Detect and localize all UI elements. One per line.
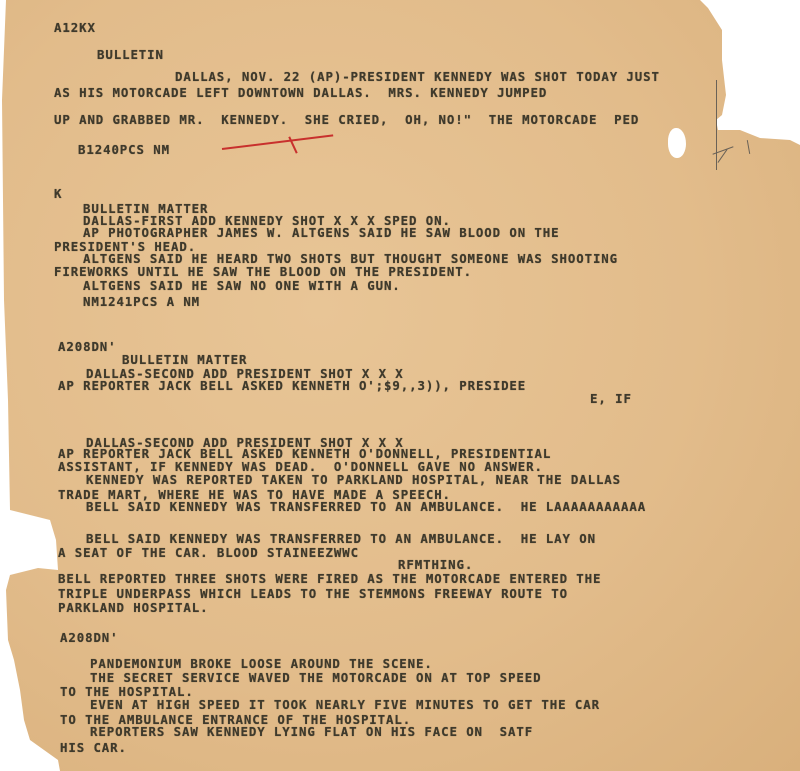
text-line: AP REPORTER JACK BELL ASKED KENNETH O';$… [58, 378, 526, 393]
text-line: FIREWORKS UNTIL HE SAW THE BLOOD ON THE … [54, 264, 472, 279]
text-line: K [54, 186, 62, 201]
torn-hole [668, 128, 686, 158]
slug-line: A208DN' [58, 339, 117, 354]
text-line: BELL SAID KENNEDY WAS TRANSFERRED TO AN … [86, 531, 596, 546]
text-line: A SEAT OF THE CAR. BLOOD STAINEEZWWC [58, 545, 359, 560]
text-line: PARKLAND HOSPITAL. [58, 600, 208, 615]
signoff-line: B1240PCS NM [78, 142, 170, 157]
signoff-line: NM1241PCS A NM [83, 294, 200, 309]
slug-line: A208DN' [60, 630, 119, 645]
slug-line: A12KX [54, 20, 96, 35]
bulletin-heading: BULLETIN MATTER [122, 352, 247, 367]
text-line: E, IF [590, 391, 632, 406]
text-line: RFMTHING. [398, 557, 473, 572]
bulletin-heading: BULLETIN [97, 47, 164, 62]
text-line: AP PHOTOGRAPHER JAMES W. ALTGENS SAID HE… [83, 225, 560, 240]
pencil-mark [716, 80, 717, 170]
text-line: KENNEDY WAS REPORTED TAKEN TO PARKLAND H… [86, 472, 621, 487]
text-line: HIS CAR. [60, 740, 127, 755]
text-line: EVEN AT HIGH SPEED IT TOOK NEARLY FIVE M… [90, 697, 600, 712]
text-line: ALTGENS SAID HE SAW NO ONE WITH A GUN. [83, 278, 401, 293]
text-line: REPORTERS SAW KENNEDY LYING FLAT ON HIS … [90, 724, 533, 739]
text-line: TRIPLE UNDERPASS WHICH LEADS TO THE STEM… [58, 586, 568, 601]
text-line: THE SECRET SERVICE WAVED THE MOTORCADE O… [90, 670, 541, 685]
text-line: BELL SAID KENNEDY WAS TRANSFERRED TO AN … [86, 499, 646, 514]
text-line: PANDEMONIUM BROKE LOOSE AROUND THE SCENE… [90, 656, 433, 671]
text-line: DALLAS, NOV. 22 (AP)-PRESIDENT KENNEDY W… [175, 69, 660, 84]
text-line: UP AND GRABBED MR. KENNEDY. SHE CRIED, O… [54, 112, 639, 127]
text-line: BELL REPORTED THREE SHOTS WERE FIRED AS … [58, 571, 601, 586]
text-line: AS HIS MOTORCADE LEFT DOWNTOWN DALLAS. M… [54, 85, 547, 100]
